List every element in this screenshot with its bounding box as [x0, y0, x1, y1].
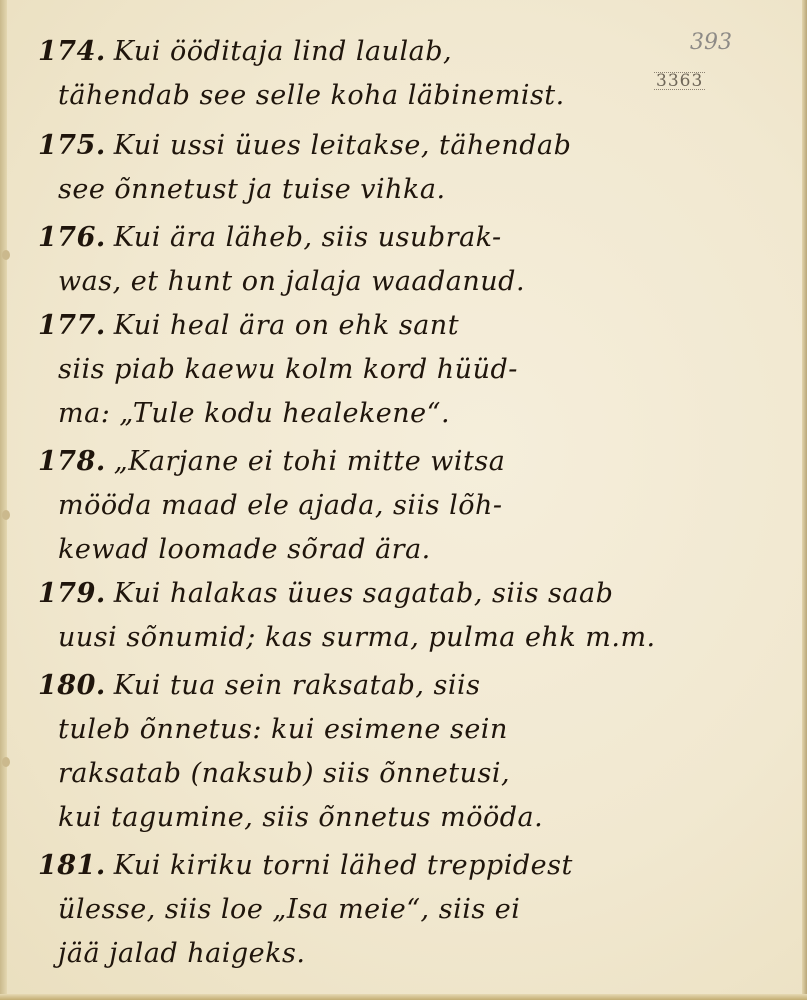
entry-number: 177. — [38, 310, 106, 341]
entry-line: tuleb õnnetus: kui esimene sein — [38, 708, 678, 752]
entry-line: Kui ööditaja lind laulab, — [114, 36, 452, 67]
entry-line: siis piab kaewu kolm kord hüüd- — [38, 348, 678, 392]
entry-number: 179. — [38, 578, 106, 609]
entry-line: „Karjane ei tohi mitte witsa — [114, 446, 506, 477]
entry-line: mööda maad ele ajada, siis lõh- — [38, 484, 678, 528]
entry-line: was, et hunt on jalaja waadanud. — [38, 260, 678, 304]
entry-177: 177.Kui heal ära on ehk sant siis piab k… — [38, 304, 678, 436]
manuscript-text: 174.Kui ööditaja lind laulab, tähendab s… — [38, 30, 678, 976]
entry-176: 176.Kui ära läheb, siis usubrak- was, et… — [38, 216, 678, 304]
page-bottom-edge — [0, 994, 807, 1000]
page-right-edge — [802, 0, 807, 1000]
entry-180: 180.Kui tua sein raksatab, siis tuleb õn… — [38, 664, 678, 840]
entry-178: 178.„Karjane ei tohi mitte witsa mööda m… — [38, 440, 678, 572]
entry-number: 176. — [38, 222, 106, 253]
entry-number: 180. — [38, 670, 106, 701]
entry-line: Kui halakas üues sagatab, siis saab — [114, 578, 614, 609]
entry-line: see õnnetust ja tuise vihka. — [38, 168, 678, 212]
entry-line: Kui kiriku torni lähed treppidest — [114, 850, 573, 881]
entry-line: Kui ära läheb, siis usubrak- — [114, 222, 502, 253]
manuscript-page: 393 3363 174.Kui ööditaja lind laulab, t… — [0, 0, 807, 1000]
entry-number: 178. — [38, 446, 106, 477]
entry-number: 175. — [38, 130, 106, 161]
entry-line: ülesse, siis loe „Isa meie“, siis ei — [38, 888, 678, 932]
binding-hole — [2, 757, 10, 767]
binding-hole — [2, 510, 10, 520]
binding-hole — [2, 250, 10, 260]
entry-number: 181. — [38, 850, 106, 881]
entry-line: Kui tua sein raksatab, siis — [114, 670, 481, 701]
entry-line: tähendab see selle koha läbinemist. — [38, 74, 678, 118]
entry-line: kewad loomade sõrad ära. — [38, 528, 678, 572]
entry-line: kui tagumine, siis õnnetus mööda. — [38, 796, 678, 840]
entry-181: 181.Kui kiriku torni lähed treppidest ül… — [38, 844, 678, 976]
entry-174: 174.Kui ööditaja lind laulab, tähendab s… — [38, 30, 678, 118]
entry-175: 175.Kui ussi üues leitakse, tähendab see… — [38, 124, 678, 212]
pencil-page-number: 393 — [690, 30, 732, 55]
entry-line: jää jalad haigeks. — [38, 932, 678, 976]
entry-line: uusi sõnumid; kas surma, pulma ehk m.m. — [38, 616, 678, 660]
entry-line: Kui ussi üues leitakse, tähendab — [114, 130, 572, 161]
entry-line: ma: „Tule kodu healekene“. — [38, 392, 678, 436]
page-left-edge — [0, 0, 7, 1000]
entry-line: Kui heal ära on ehk sant — [114, 310, 459, 341]
entry-179: 179.Kui halakas üues sagatab, siis saab … — [38, 572, 678, 660]
entry-number: 174. — [38, 36, 106, 67]
entry-line: raksatab (naksub) siis õnnetusi, — [38, 752, 678, 796]
